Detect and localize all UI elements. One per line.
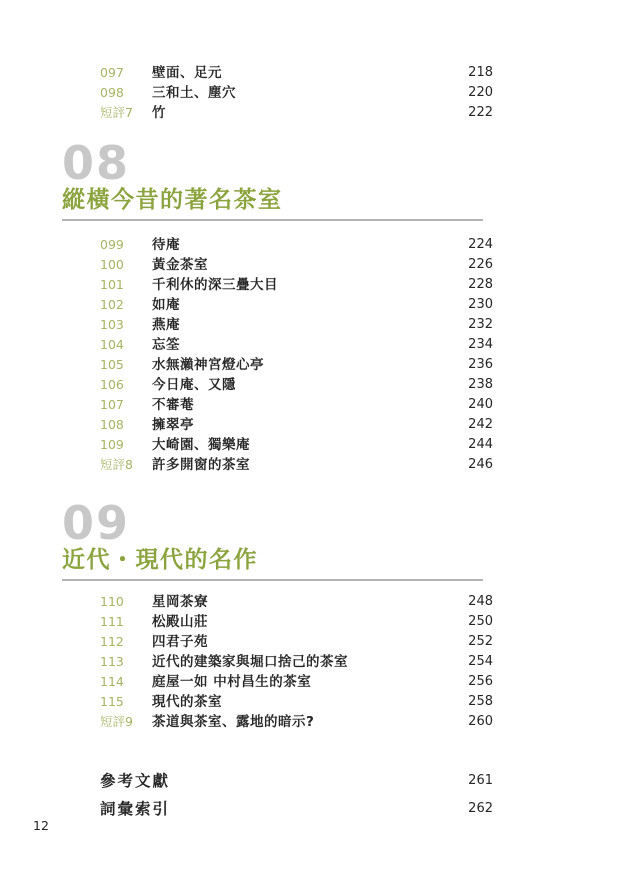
section-09-header: 09 近代・現代的名作 <box>62 502 483 581</box>
section-09-entries: 110 星岡茶寮 248 111 松殿山莊 250 112 四君子苑 252 1… <box>100 592 493 732</box>
toc-entry: 短評8 許多開窗的茶室 246 <box>100 455 493 475</box>
entry-number: 099 <box>100 235 152 255</box>
entry-title: 如庵 <box>152 295 451 315</box>
back-matter-entries: 參考文獻 261 詞彙索引 262 <box>100 766 493 822</box>
entry-number: 097 <box>100 63 152 83</box>
entry-page-number: 224 <box>451 235 493 255</box>
entry-title: 千利休的深三疊大目 <box>152 275 451 295</box>
toc-entry: 097 壁面、足元 218 <box>100 63 493 83</box>
entry-number: 115 <box>100 692 152 712</box>
entry-title: 今日庵、又隱 <box>152 375 451 395</box>
entry-number: 112 <box>100 632 152 652</box>
entry-number: 105 <box>100 355 152 375</box>
toc-entry: 112 四君子苑 252 <box>100 632 493 652</box>
entry-page-number: 228 <box>451 275 493 295</box>
entry-number: 103 <box>100 315 152 335</box>
entry-number: 114 <box>100 672 152 692</box>
book-toc-page: 097 壁面、足元 218 098 三和土、塵穴 220 短評7 竹 222 0… <box>0 0 643 880</box>
entry-title: 大崎園、獨樂庵 <box>152 435 451 455</box>
entry-title: 現代的茶室 <box>152 692 451 712</box>
entry-page-number: 220 <box>451 83 493 103</box>
toc-entry: 102 如庵 230 <box>100 295 493 315</box>
entry-page-number: 246 <box>451 455 493 475</box>
entry-number: 短評7 <box>100 103 152 123</box>
toc-entry: 105 水無瀨神宮燈心亭 236 <box>100 355 493 375</box>
entry-title: 不審菴 <box>152 395 451 415</box>
entry-title: 許多開窗的茶室 <box>152 455 451 475</box>
entry-number: 短評9 <box>100 712 152 732</box>
entry-title: 松殿山莊 <box>152 612 451 632</box>
entry-page-number: 234 <box>451 335 493 355</box>
entry-page-number: 230 <box>451 295 493 315</box>
entry-title: 待庵 <box>152 235 451 255</box>
toc-entry: 113 近代的建築家與堀口捨己的茶室 254 <box>100 652 493 672</box>
toc-entry: 108 擁翠亭 242 <box>100 415 493 435</box>
toc-entry: 短評7 竹 222 <box>100 103 493 123</box>
toc-entry: 099 待庵 224 <box>100 235 493 255</box>
entry-number: 111 <box>100 612 152 632</box>
entry-page-number: 240 <box>451 395 493 415</box>
entry-page-number: 261 <box>451 773 493 788</box>
entry-number: 101 <box>100 275 152 295</box>
section-divider <box>62 579 483 581</box>
section-08-entries: 099 待庵 224 100 黃金茶室 226 101 千利休的深三疊大目 22… <box>100 235 493 475</box>
entry-page-number: 226 <box>451 255 493 275</box>
entry-title: 竹 <box>152 103 451 123</box>
toc-entry: 114 庭屋一如 中村昌生的茶室 256 <box>100 672 493 692</box>
entry-title: 忘筌 <box>152 335 451 355</box>
section-divider <box>62 219 483 221</box>
entry-number: 104 <box>100 335 152 355</box>
entry-page-number: 260 <box>451 712 493 732</box>
toc-entry: 109 大崎園、獨樂庵 244 <box>100 435 493 455</box>
toc-entry: 101 千利休的深三疊大目 228 <box>100 275 493 295</box>
entry-number: 109 <box>100 435 152 455</box>
entry-number: 100 <box>100 255 152 275</box>
entry-page-number: 238 <box>451 375 493 395</box>
entry-number: 110 <box>100 592 152 612</box>
section-title: 近代・現代的名作 <box>62 546 483 574</box>
entry-page-number: 218 <box>451 63 493 83</box>
entry-title: 近代的建築家與堀口捨己的茶室 <box>152 652 451 672</box>
entry-title: 四君子苑 <box>152 632 451 652</box>
entry-page-number: 258 <box>451 692 493 712</box>
toc-entry: 104 忘筌 234 <box>100 335 493 355</box>
entry-number: 102 <box>100 295 152 315</box>
entry-title: 水無瀨神宮燈心亭 <box>152 355 451 375</box>
entry-title: 三和土、塵穴 <box>152 83 451 103</box>
back-matter-entry: 參考文獻 261 <box>100 766 493 794</box>
entry-page-number: 262 <box>451 801 493 816</box>
toc-entry: 106 今日庵、又隱 238 <box>100 375 493 395</box>
entry-title: 燕庵 <box>152 315 451 335</box>
section-08-header: 08 縱橫今昔的著名茶室 <box>62 142 483 221</box>
entry-title: 庭屋一如 中村昌生的茶室 <box>152 672 451 692</box>
entry-title: 壁面、足元 <box>152 63 451 83</box>
entry-number: 098 <box>100 83 152 103</box>
folio-page-number: 12 <box>33 818 49 833</box>
toc-entry: 115 現代的茶室 258 <box>100 692 493 712</box>
section-number: 08 <box>62 142 483 184</box>
entry-page-number: 222 <box>451 103 493 123</box>
entry-number: 106 <box>100 375 152 395</box>
entry-page-number: 250 <box>451 612 493 632</box>
toc-entry: 100 黃金茶室 226 <box>100 255 493 275</box>
entry-title: 黃金茶室 <box>152 255 451 275</box>
entry-title: 茶道與茶室、露地的暗示? <box>152 712 451 732</box>
toc-entry: 107 不審菴 240 <box>100 395 493 415</box>
entry-title: 參考文獻 <box>100 769 451 791</box>
entry-title: 詞彙索引 <box>100 797 451 819</box>
toc-entry: 短評9 茶道與茶室、露地的暗示? 260 <box>100 712 493 732</box>
section-title: 縱橫今昔的著名茶室 <box>62 186 483 214</box>
entry-title: 星岡茶寮 <box>152 592 451 612</box>
toc-entry: 103 燕庵 232 <box>100 315 493 335</box>
toc-top-entries: 097 壁面、足元 218 098 三和土、塵穴 220 短評7 竹 222 <box>100 63 493 123</box>
entry-page-number: 256 <box>451 672 493 692</box>
entry-number: 108 <box>100 415 152 435</box>
entry-page-number: 248 <box>451 592 493 612</box>
back-matter-entry: 詞彙索引 262 <box>100 794 493 822</box>
entry-page-number: 236 <box>451 355 493 375</box>
entry-number: 107 <box>100 395 152 415</box>
entry-page-number: 254 <box>451 652 493 672</box>
toc-entry: 110 星岡茶寮 248 <box>100 592 493 612</box>
entry-page-number: 242 <box>451 415 493 435</box>
entry-title: 擁翠亭 <box>152 415 451 435</box>
entry-number: 短評8 <box>100 455 152 475</box>
toc-entry: 098 三和土、塵穴 220 <box>100 83 493 103</box>
entry-page-number: 232 <box>451 315 493 335</box>
toc-entry: 111 松殿山莊 250 <box>100 612 493 632</box>
entry-number: 113 <box>100 652 152 672</box>
section-number: 09 <box>62 502 483 544</box>
entry-page-number: 244 <box>451 435 493 455</box>
entry-page-number: 252 <box>451 632 493 652</box>
